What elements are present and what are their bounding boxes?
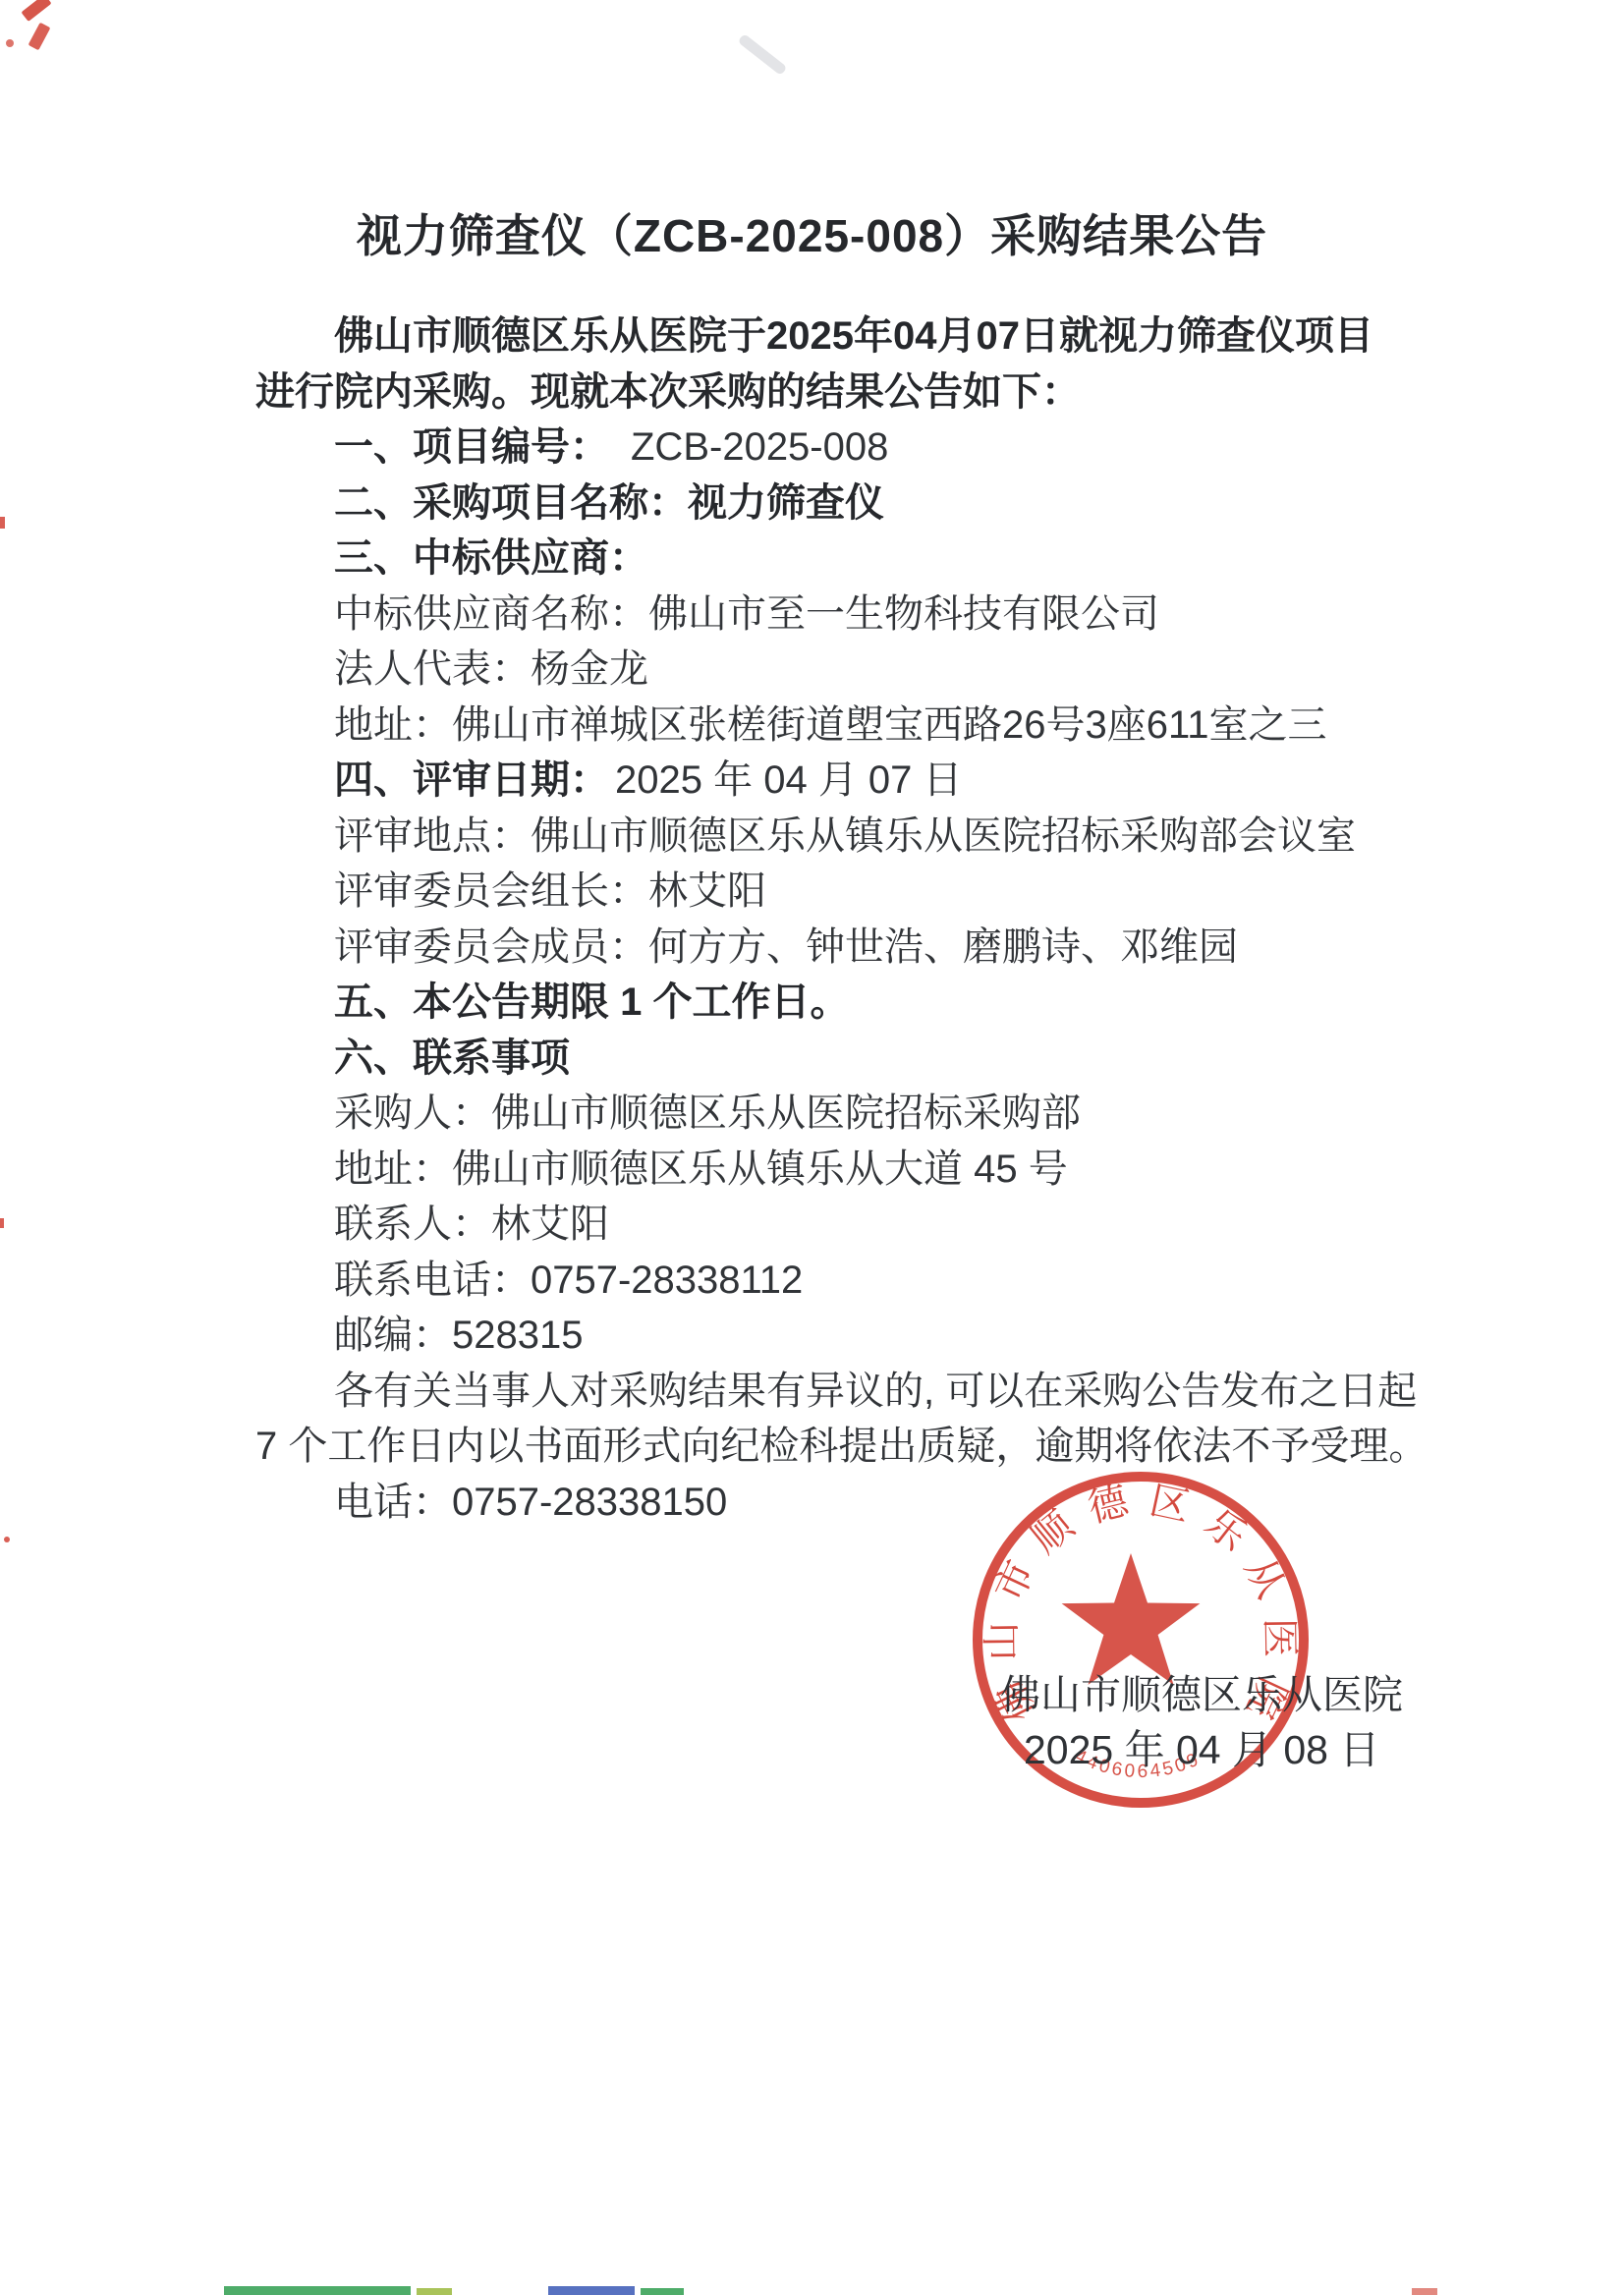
- project-name-line: 二、采购项目名称：视力筛查仪: [255, 476, 1415, 532]
- intro-line-2: 进行院内采购。现就本次采购的结果公告如下：: [255, 364, 1415, 420]
- buyer-address-line: 地址：佛山市顺德区乐从镇乐从大道 45 号: [255, 1142, 1415, 1198]
- review-date-label: 四、评审日期：: [334, 758, 609, 802]
- review-date-value: 2025 年 04 月 07 日: [615, 758, 963, 802]
- notice-period-line: 五、本公告期限 1 个工作日。: [255, 975, 1415, 1031]
- intro-line-1: 佛山市顺德区乐从医院于2025年04月07日就视力筛查仪项目: [255, 308, 1415, 364]
- scan-artifact: [4, 1537, 10, 1542]
- scan-artifact: [641, 2288, 684, 2295]
- scan-artifact: [224, 2286, 411, 2295]
- review-date-line: 四、评审日期：2025 年 04 月 07 日: [255, 753, 1415, 809]
- contact-person-line: 联系人：林艾阳: [255, 1197, 1415, 1253]
- project-number-label: 一、项目编号：: [334, 425, 609, 469]
- signature-date: 2025 年 04 月 08 日: [1024, 1717, 1379, 1775]
- scan-artifact: [548, 2286, 635, 2295]
- supplier-address-line: 地址：佛山市禅城区张槎街道塱宝西路26号3座611室之三: [255, 698, 1415, 754]
- project-name-label: 二、采购项目名称：: [334, 481, 688, 525]
- legal-representative-line: 法人代表：杨金龙: [255, 642, 1415, 698]
- review-chief-line: 评审委员会组长：林艾阳: [255, 864, 1415, 920]
- supplier-name-line: 中标供应商名称：佛山市至一生物科技有限公司: [255, 587, 1415, 643]
- buyer-line: 采购人：佛山市顺德区乐从医院招标采购部: [255, 1086, 1415, 1142]
- page-title: 视力筛查仪（ZCB-2025-008）采购结果公告: [0, 200, 1624, 265]
- scan-artifact: [0, 1218, 4, 1228]
- scan-artifact: [0, 517, 5, 529]
- objection-line-1: 各有关当事人对采购结果有异议的, 可以在采购公告发布之日起: [255, 1364, 1415, 1420]
- scan-artifact: [28, 23, 51, 51]
- project-number-value: ZCB-2025-008: [631, 425, 888, 469]
- scan-artifact: [738, 33, 788, 76]
- project-number-line: 一、项目编号：ZCB-2025-008: [255, 420, 1415, 476]
- scan-artifact: [6, 39, 14, 47]
- signature-organization: 佛山市顺德区乐从医院: [1000, 1662, 1403, 1720]
- winning-supplier-heading: 三、中标供应商：: [255, 531, 1415, 587]
- scan-artifact: [417, 2288, 452, 2295]
- scanned-announcement-page: 视力筛查仪（ZCB-2025-008）采购结果公告 佛山市顺德区乐从医院于202…: [0, 0, 1624, 2295]
- review-members-line: 评审委员会成员：何方方、钟世浩、磨鹏诗、邓维园: [255, 920, 1415, 976]
- contact-phone-line: 联系电话：0757-28338112: [255, 1253, 1415, 1309]
- project-name-value: 视力筛查仪: [688, 481, 884, 525]
- announcement-body: 佛山市顺德区乐从医院于2025年04月07日就视力筛查仪项目 进行院内采购。现就…: [255, 308, 1415, 1530]
- review-place-line: 评审地点：佛山市顺德区乐从镇乐从医院招标采购部会议室: [255, 809, 1415, 865]
- contact-heading: 六、联系事项: [255, 1031, 1415, 1087]
- postcode-line: 邮编：528315: [255, 1308, 1415, 1364]
- scan-artifact: [1412, 2288, 1437, 2295]
- scan-artifact: [21, 0, 51, 22]
